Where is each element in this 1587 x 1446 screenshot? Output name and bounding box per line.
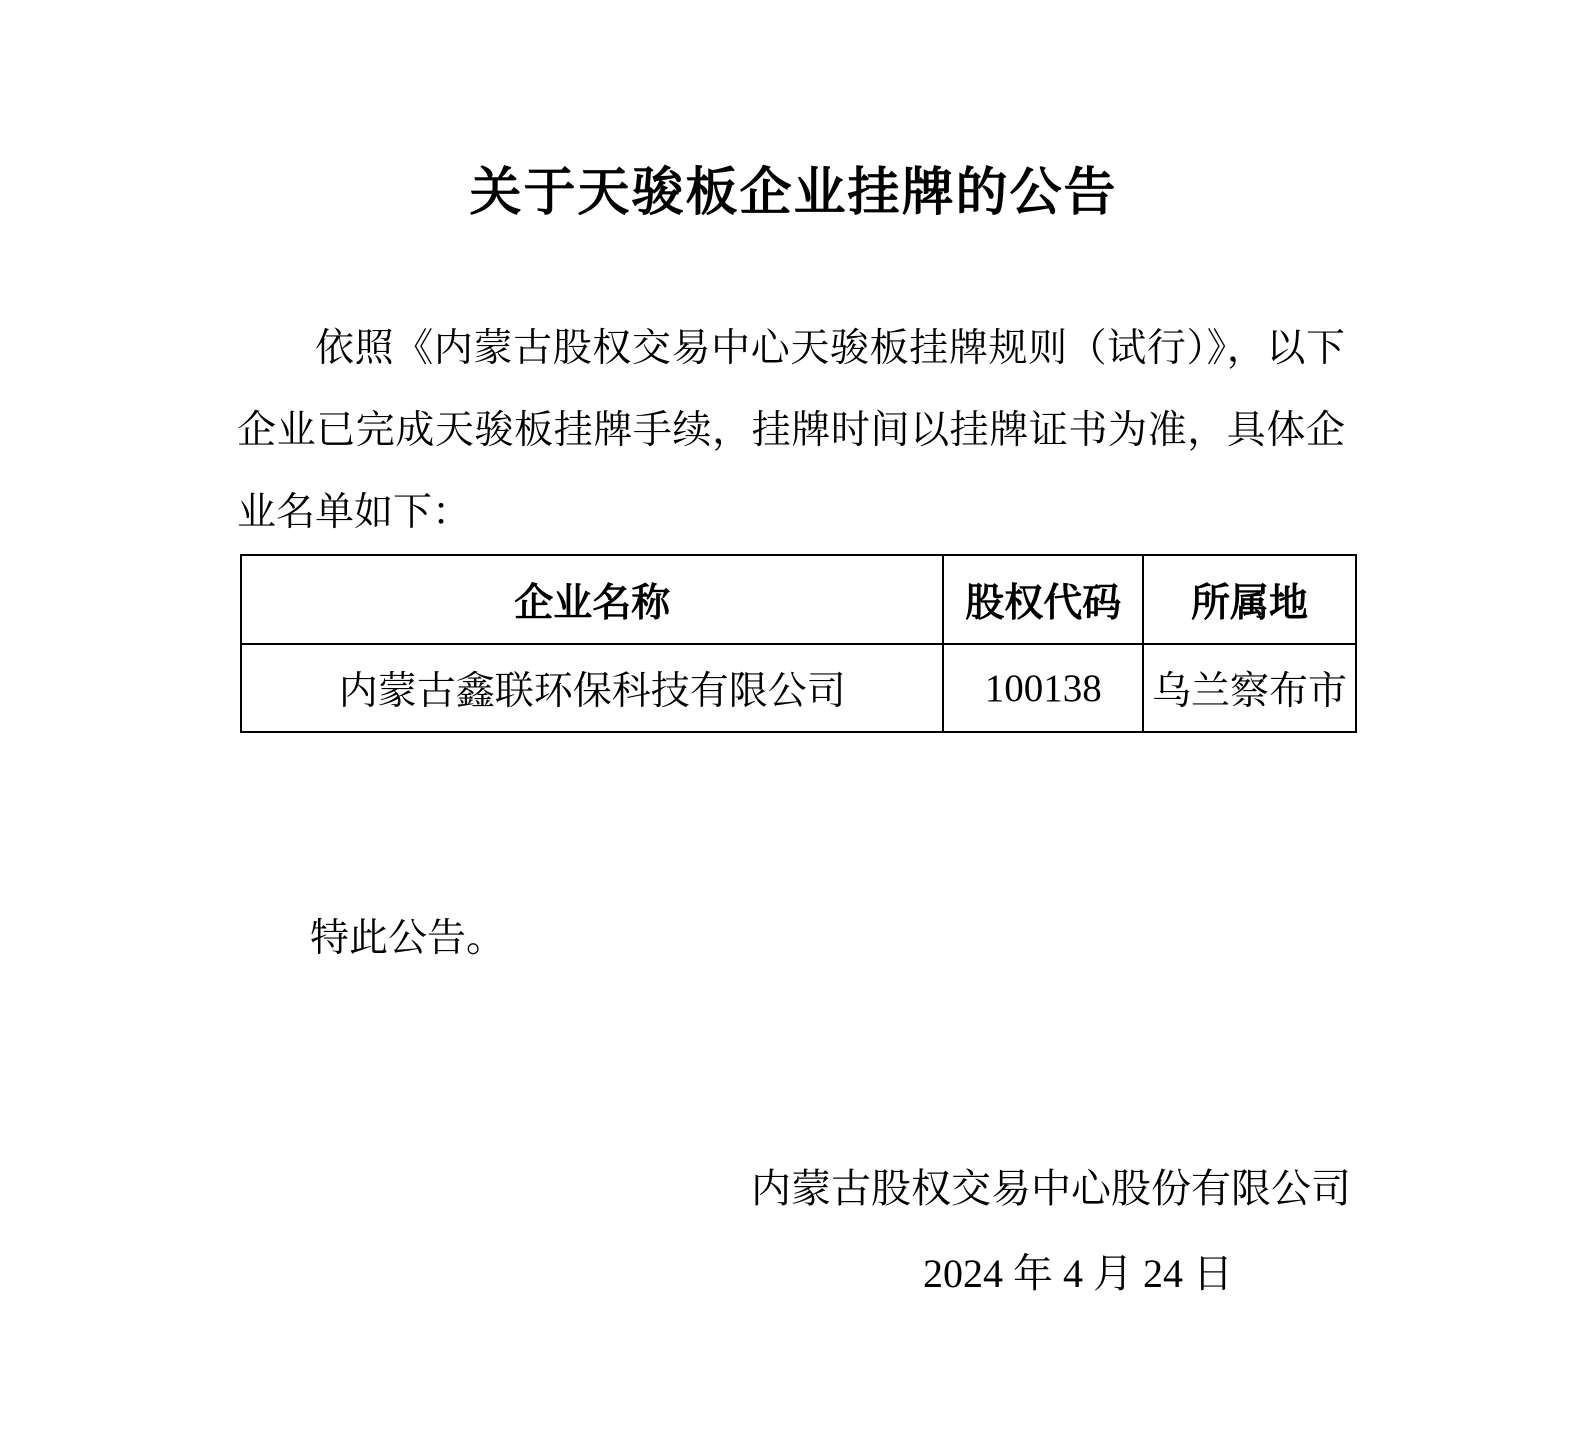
issue-date: 2024 年 4 月 24 日 bbox=[0, 1248, 1233, 1300]
cell-location: 乌兰察布市 bbox=[1143, 644, 1356, 732]
announcement-document: 关于天骏板企业挂牌的公告 依照《内蒙古股权交易中心天骏板挂牌规则（试行）》，以下… bbox=[0, 0, 1587, 1446]
closing-statement: 特此公告。 bbox=[310, 913, 1587, 965]
column-header-equity-code: 股权代码 bbox=[943, 555, 1143, 644]
table-row: 内蒙古鑫联环保科技有限公司 100138 乌兰察布市 bbox=[241, 644, 1356, 732]
cell-company-name: 内蒙古鑫联环保科技有限公司 bbox=[241, 644, 943, 732]
column-header-company-name: 企业名称 bbox=[241, 555, 943, 644]
issuer-signature: 内蒙古股权交易中心股份有限公司 bbox=[0, 1163, 1351, 1215]
column-header-location: 所属地 bbox=[1143, 555, 1356, 644]
body-paragraph: 依照《内蒙古股权交易中心天骏板挂牌规则（试行）》，以下企业已完成天骏板挂牌手续，… bbox=[237, 308, 1345, 554]
cell-equity-code: 100138 bbox=[943, 644, 1143, 732]
table-header-row: 企业名称 股权代码 所属地 bbox=[241, 555, 1356, 644]
page-title: 关于天骏板企业挂牌的公告 bbox=[0, 0, 1587, 230]
company-table: 企业名称 股权代码 所属地 内蒙古鑫联环保科技有限公司 100138 乌兰察布市 bbox=[240, 554, 1357, 733]
